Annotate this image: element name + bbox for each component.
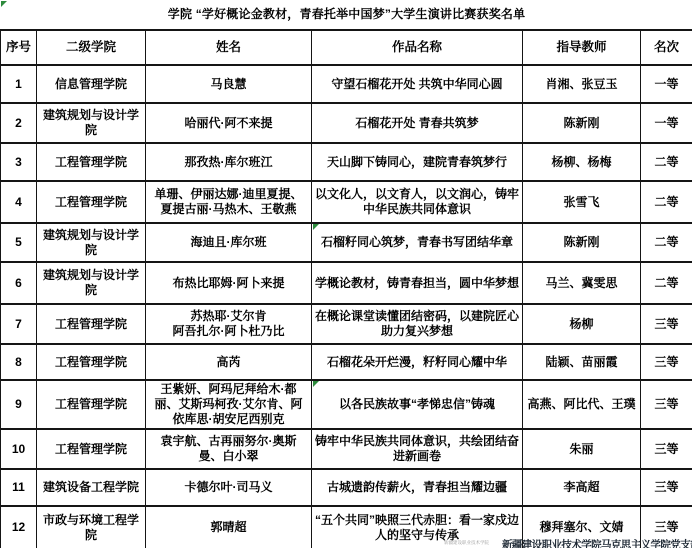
cell-work: 石榴籽同心筑梦，青春书写团结华章 bbox=[312, 223, 523, 262]
cell-rank: 二等 bbox=[641, 143, 692, 181]
cell-teacher: 杨柳 bbox=[523, 304, 641, 344]
cell-work: 以各民族故事“孝悌忠信”铸魂 bbox=[312, 380, 523, 429]
table-row: 7工程管理学院苏热耶·艾尔肯 阿吾扎尔·阿卜杜乃比在概论课堂读懂团结密码，以建院… bbox=[1, 304, 692, 344]
cell-rank: 一等 bbox=[641, 103, 692, 143]
column-header-1: 序号 bbox=[1, 30, 37, 65]
cell-work: 天山脚下铸同心，建院青春筑梦行 bbox=[312, 143, 523, 181]
cell-rank: 一等 bbox=[641, 65, 692, 103]
cell-name: 郭晴超 bbox=[146, 506, 312, 548]
cell-teacher: 张雪飞 bbox=[523, 181, 641, 223]
cell-college: 建筑规划与设计学院 bbox=[37, 103, 146, 143]
column-header-3: 姓名 bbox=[146, 30, 312, 65]
table-row: 3工程管理学院那孜热·库尔班江天山脚下铸同心，建院青春筑梦行杨柳、杨梅二等 bbox=[1, 143, 692, 181]
table-row: 11建筑设备工程学院卡德尔叶·司马义古城遗韵传薪火，青春担当耀边疆李高超三等 bbox=[1, 469, 692, 506]
cell-name: 王紫妍、阿玛尼拜给木·都丽、艾斯玛柯孜·艾尔肯、阿依库思·胡安尼西别克 bbox=[146, 380, 312, 429]
table-row: 8工程管理学院高芮石榴花朵开烂漫，籽籽同心耀中华陆颖、苗丽霞三等 bbox=[1, 344, 692, 380]
cell-name: 马良慧 bbox=[146, 65, 312, 103]
table-row: 10工程管理学院袁宇航、古再丽努尔·奥斯曼、白小翠铸牢中华民族共同体意识，共绘团… bbox=[1, 429, 692, 469]
cell-work: 以文化人，以文育人，以文润心，铸牢中华民族共同体意识 bbox=[312, 181, 523, 223]
table-row: 9工程管理学院王紫妍、阿玛尼拜给木·都丽、艾斯玛柯孜·艾尔肯、阿依库思·胡安尼西… bbox=[1, 380, 692, 429]
cell-name: 哈丽代·阿不来提 bbox=[146, 103, 312, 143]
table-row: 6建筑规划与设计学院布热比耶姆·阿卜来提学概论教材，铸青春担当，圆中华梦想马兰、… bbox=[1, 262, 692, 304]
cell-rank: 三等 bbox=[641, 429, 692, 469]
cell-no: 1 bbox=[1, 65, 37, 103]
column-header-5: 指导教师 bbox=[523, 30, 641, 65]
cell-college: 建筑规划与设计学院 bbox=[37, 262, 146, 304]
cell-no: 11 bbox=[1, 469, 37, 506]
excel-flag-icon bbox=[1, 1, 7, 7]
column-header-2: 二级学院 bbox=[37, 30, 146, 65]
cell-college: 市政与环境工程学院 bbox=[37, 506, 146, 548]
cell-rank: 二等 bbox=[641, 262, 692, 304]
cell-work: 石榴花朵开烂漫，籽籽同心耀中华 bbox=[312, 344, 523, 380]
cell-college: 工程管理学院 bbox=[37, 304, 146, 344]
page-title: 学院 “学好概论金教材，青春托举中国梦”大学生演讲比赛获奖名单 bbox=[1, 0, 692, 30]
cell-no: 10 bbox=[1, 429, 37, 469]
cell-rank: 二等 bbox=[641, 223, 692, 262]
cell-rank: 三等 bbox=[641, 304, 692, 344]
cell-no: 3 bbox=[1, 143, 37, 181]
cell-name: 布热比耶姆·阿卜来提 bbox=[146, 262, 312, 304]
cell-rank: 三等 bbox=[641, 380, 692, 429]
title-row: 学院 “学好概论金教材，青春托举中国梦”大学生演讲比赛获奖名单 bbox=[1, 0, 692, 30]
cell-name: 高芮 bbox=[146, 344, 312, 380]
cell-college: 工程管理学院 bbox=[37, 143, 146, 181]
table-row: 4工程管理学院单珊、伊丽达娜·迪里夏提、夏提古丽·马热木、王敬燕以文化人，以文育… bbox=[1, 181, 692, 223]
cell-college: 建筑设备工程学院 bbox=[37, 469, 146, 506]
cell-work: 古城遗韵传薪火，青春担当耀边疆 bbox=[312, 469, 523, 506]
cell-work: 学概论教材，铸青春担当，圆中华梦想 bbox=[312, 262, 523, 304]
cell-college: 信息管理学院 bbox=[37, 65, 146, 103]
cell-teacher: 朱丽 bbox=[523, 429, 641, 469]
excel-flag-icon bbox=[313, 224, 319, 230]
cell-no: 8 bbox=[1, 344, 37, 380]
cell-no: 4 bbox=[1, 181, 37, 223]
cell-no: 12 bbox=[1, 506, 37, 548]
cell-college: 工程管理学院 bbox=[37, 181, 146, 223]
table-row: 5建筑规划与设计学院海迪且·库尔班石榴籽同心筑梦，青春书写团结华章陈新刚二等 bbox=[1, 223, 692, 262]
cell-name: 海迪且·库尔班 bbox=[146, 223, 312, 262]
cell-teacher: 陈新刚 bbox=[523, 223, 641, 262]
cell-no: 2 bbox=[1, 103, 37, 143]
cell-teacher: 杨柳、杨梅 bbox=[523, 143, 641, 181]
cell-college: 工程管理学院 bbox=[37, 344, 146, 380]
cell-no: 5 bbox=[1, 223, 37, 262]
cell-name: 卡德尔叶·司马义 bbox=[146, 469, 312, 506]
column-header-4: 作品名称 bbox=[312, 30, 523, 65]
cell-teacher: 陆颖、苗丽霞 bbox=[523, 344, 641, 380]
table-row: 1信息管理学院马良慧守望石榴花开处 共筑中华同心圆肖湘、张豆玉一等 bbox=[1, 65, 692, 103]
table-row: 2建筑规划与设计学院哈丽代·阿不来提石榴花开处 青春共筑梦陈新刚一等 bbox=[1, 103, 692, 143]
cell-work: 在概论课堂读懂团结密码，以建院匠心助力复兴梦想 bbox=[312, 304, 523, 344]
cell-teacher: 马兰、冀雯思 bbox=[523, 262, 641, 304]
cell-work: 铸牢中华民族共同体意识，共绘团结奋进新画卷 bbox=[312, 429, 523, 469]
table-header-row: 序号二级学院姓名作品名称指导教师名次 bbox=[1, 30, 692, 65]
cell-name: 苏热耶·艾尔肯 阿吾扎尔·阿卜杜乃比 bbox=[146, 304, 312, 344]
cell-name: 单珊、伊丽达娜·迪里夏提、夏提古丽·马热木、王敬燕 bbox=[146, 181, 312, 223]
cell-rank: 二等 bbox=[641, 181, 692, 223]
award-table: 学院 “学好概论金教材，青春托举中国梦”大学生演讲比赛获奖名单 序号二级学院姓名… bbox=[0, 0, 692, 548]
excel-flag-icon bbox=[313, 381, 319, 387]
cell-no: 6 bbox=[1, 262, 37, 304]
cell-teacher: 肖湘、张豆玉 bbox=[523, 65, 641, 103]
cell-teacher: 高燕、阿比代、王璞 bbox=[523, 380, 641, 429]
watermark-small: 新疆建设职业技术学院 bbox=[444, 540, 489, 546]
cell-teacher: 李高超 bbox=[523, 469, 641, 506]
cell-name: 袁宇航、古再丽努尔·奥斯曼、白小翠 bbox=[146, 429, 312, 469]
award-table-sheet: 学院 “学好概论金教材，青春托举中国梦”大学生演讲比赛获奖名单 序号二级学院姓名… bbox=[0, 0, 692, 548]
cell-work: 守望石榴花开处 共筑中华同心圆 bbox=[312, 65, 523, 103]
cell-college: 工程管理学院 bbox=[37, 380, 146, 429]
cell-work: “五个共同”映照三代赤胆：看一家戍边人的坚守与传承 bbox=[312, 506, 523, 548]
cell-rank: 三等 bbox=[641, 469, 692, 506]
cell-teacher: 陈新刚 bbox=[523, 103, 641, 143]
cell-work: 石榴花开处 青春共筑梦 bbox=[312, 103, 523, 143]
cell-rank: 三等 bbox=[641, 344, 692, 380]
cell-college: 建筑规划与设计学院 bbox=[37, 223, 146, 262]
column-header-6: 名次 bbox=[641, 30, 692, 65]
cell-no: 9 bbox=[1, 380, 37, 429]
watermark-large: 新疆建设职业技术学院马克思主义学院党支部 bbox=[502, 537, 692, 548]
cell-college: 工程管理学院 bbox=[37, 429, 146, 469]
cell-no: 7 bbox=[1, 304, 37, 344]
cell-name: 那孜热·库尔班江 bbox=[146, 143, 312, 181]
